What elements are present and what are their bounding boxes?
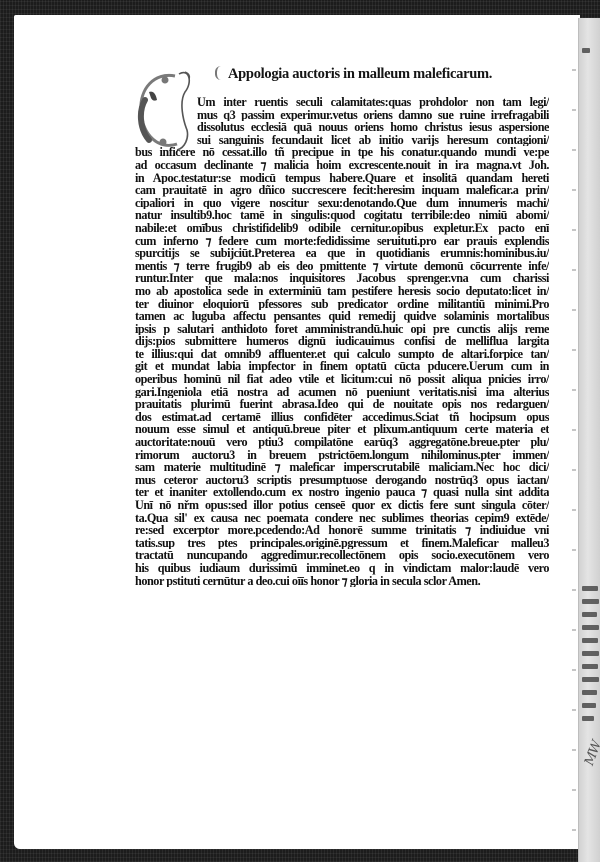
text-line: Unī nō nřm opus:sed illor potius censeē … [135, 499, 549, 512]
bleed-through-line [582, 651, 599, 656]
section-heading: Appologia auctoris in malleum maleficaru… [215, 66, 492, 83]
text-line: ter diuinor eloquiorū pfessores sub pred… [135, 298, 549, 311]
bleed-through-line [582, 638, 598, 643]
bleed-through-line [582, 690, 597, 695]
text-line: ter et inaniter extollendo.cum ex nostro… [135, 486, 549, 499]
text-line: dissolutus ecclesiā quā nouus oriens hom… [197, 121, 549, 134]
bleed-through-line [582, 716, 594, 721]
text-line: sui sanguinis fecundauit licet ab initio… [197, 134, 549, 147]
text-line: re:sed excerptor more.pcedendo:Ad honorē… [135, 524, 549, 537]
text-line: te illius:qui dat omnib9 affluenter.et q… [135, 348, 549, 361]
text-line: tatis.sup tres ptes principales.originē.… [135, 537, 549, 550]
heading-text: Appologia auctoris in malleum maleficaru… [228, 66, 492, 82]
text-line: ipsis p salutari anthidoto foret amminis… [135, 323, 549, 336]
bleed-through-line [582, 599, 599, 604]
bleed-through-line [582, 586, 598, 591]
text-line: mo ab apostolica sede in exterminiū tam … [135, 285, 549, 298]
scanned-page-view: Appologia auctoris in malleum maleficaru… [0, 0, 600, 862]
text-line: auctoritate:nouū vero ptiu3 compilatōne … [135, 436, 549, 449]
text-line: Um inter ruentis seculi calamitates:quas… [197, 96, 549, 109]
text-line: cam prauitatē in agro dñico succrescere … [135, 184, 549, 197]
text-line: dos estimat.ad certamē illius confidēter… [135, 411, 549, 424]
text-line: nouum esse simul et antiquū.breue piter … [135, 423, 549, 436]
text-line: cum inferno ⁊ federe cum morte:fedidissi… [135, 235, 549, 248]
bleed-through-line [582, 677, 599, 682]
text-line: dijs:pios submittere humeros dignū iudic… [135, 335, 549, 348]
handwritten-mark: MW [582, 739, 600, 767]
gutter-speckles [572, 55, 576, 845]
text-line: in Apoc.testatur:se modicū tempus habere… [135, 172, 549, 185]
text-line: bus inficere nō cessat.illo tñ precipue … [135, 146, 549, 159]
text-line: sam materie multitudinē ⁊ maleficar impe… [135, 461, 549, 474]
text-line: runtur.Inter que mala:nos inquisitores J… [135, 272, 549, 285]
bleed-through-mark [582, 48, 590, 53]
bleed-through-line [582, 625, 599, 630]
text-line: cipaliori in quo vigere noscitur sexu:de… [135, 197, 549, 210]
bleed-through-line [582, 664, 598, 669]
text-line: mus ceteror auctoru3 scriptis presumptuo… [135, 474, 549, 487]
text-line: tamen ac luguba affectu pensantes quid r… [135, 310, 549, 323]
bleed-through-line [582, 703, 596, 708]
text-line: tractatū nuncupando aggredimur.recollect… [135, 549, 549, 562]
text-line: prauitatis plurimū fuerint abrasa.Ideo q… [135, 398, 549, 411]
bleed-through-line [582, 612, 597, 617]
text-line: natur insultib9.hoc tamē in singulis:quo… [135, 209, 549, 222]
text-line: operibus hominū nil fiat adeo vtile et l… [135, 373, 549, 386]
text-line: his quibus iudiaum durissimū imminet.eo … [135, 562, 549, 575]
text-line-final: honor pstituti cernūtur a deo.cui oīīs h… [135, 575, 549, 588]
heading-rubric-mark [215, 66, 226, 80]
adjacent-page-edge: MW [578, 18, 600, 862]
text-line: mentis ⁊ terre frugib9 ab eis deo pmitte… [135, 260, 549, 273]
text-line: ta.Qua sil' ex causa nec poemata condere… [135, 512, 549, 525]
text-line: spurcitijs se subijciūt.Preterea ea que … [135, 247, 549, 260]
text-line: ad occasum declinante ⁊ malicia hoim exc… [135, 159, 549, 172]
text-line: gari.Ingeniola etiā nostra ad acumen nō … [135, 386, 549, 399]
book-page: Appologia auctoris in malleum maleficaru… [14, 15, 580, 849]
text-line: mus q3 passim experimur.vetus oriens dam… [197, 109, 549, 122]
body-text: Um inter ruentis seculi calamitates:quas… [135, 96, 549, 587]
text-line: rimorum auctoru3 in breuem pstrictōem.lo… [135, 449, 549, 462]
text-line: git et mundat labia impfector in finem o… [135, 360, 549, 373]
text-line: nabile:et omībus christifidelib9 odibile… [135, 222, 549, 235]
